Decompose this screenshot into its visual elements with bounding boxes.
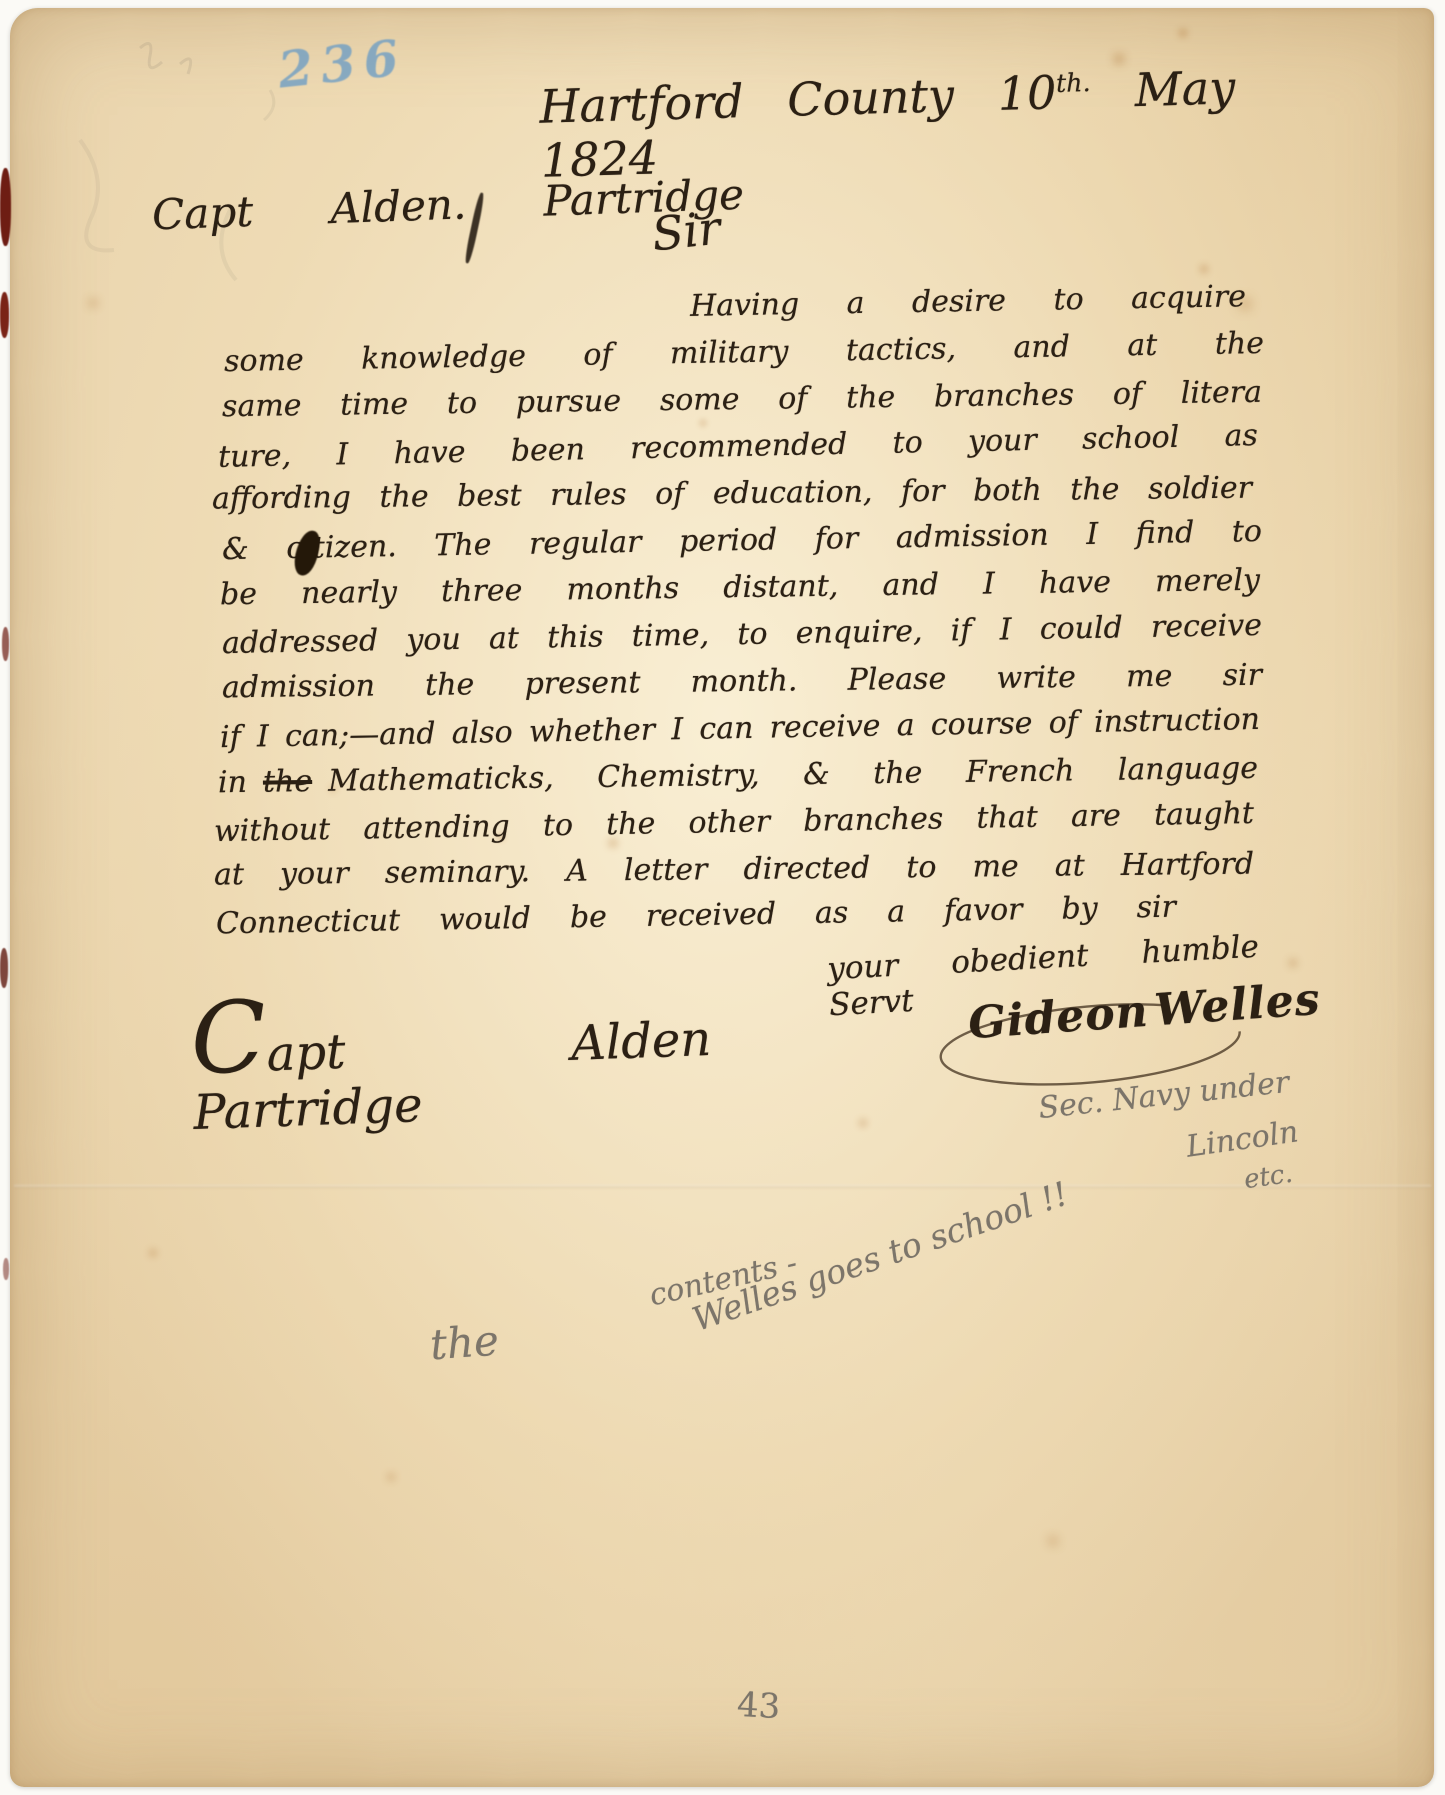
- binding-mark: [3, 1258, 9, 1280]
- binding-mark: [2, 627, 9, 661]
- binding-mark: [0, 948, 8, 988]
- crease-line: [14, 1185, 1431, 1188]
- dateline-ordinal: th.: [1056, 68, 1091, 98]
- dateline: Hartford County 10th. May 1824: [539, 60, 1238, 187]
- salutation: Sir: [649, 201, 722, 262]
- binding-mark: [0, 292, 9, 338]
- binding-mark: [0, 168, 11, 246]
- foxing-spots: [0, 0, 2, 2]
- pencil-word-the: the: [428, 1316, 500, 1370]
- docket-line: Capt Alden Partridge: [190, 995, 714, 1141]
- page-number: 43: [736, 1685, 781, 1727]
- struck-word: the: [263, 764, 313, 800]
- strike-prefix: in: [218, 765, 247, 800]
